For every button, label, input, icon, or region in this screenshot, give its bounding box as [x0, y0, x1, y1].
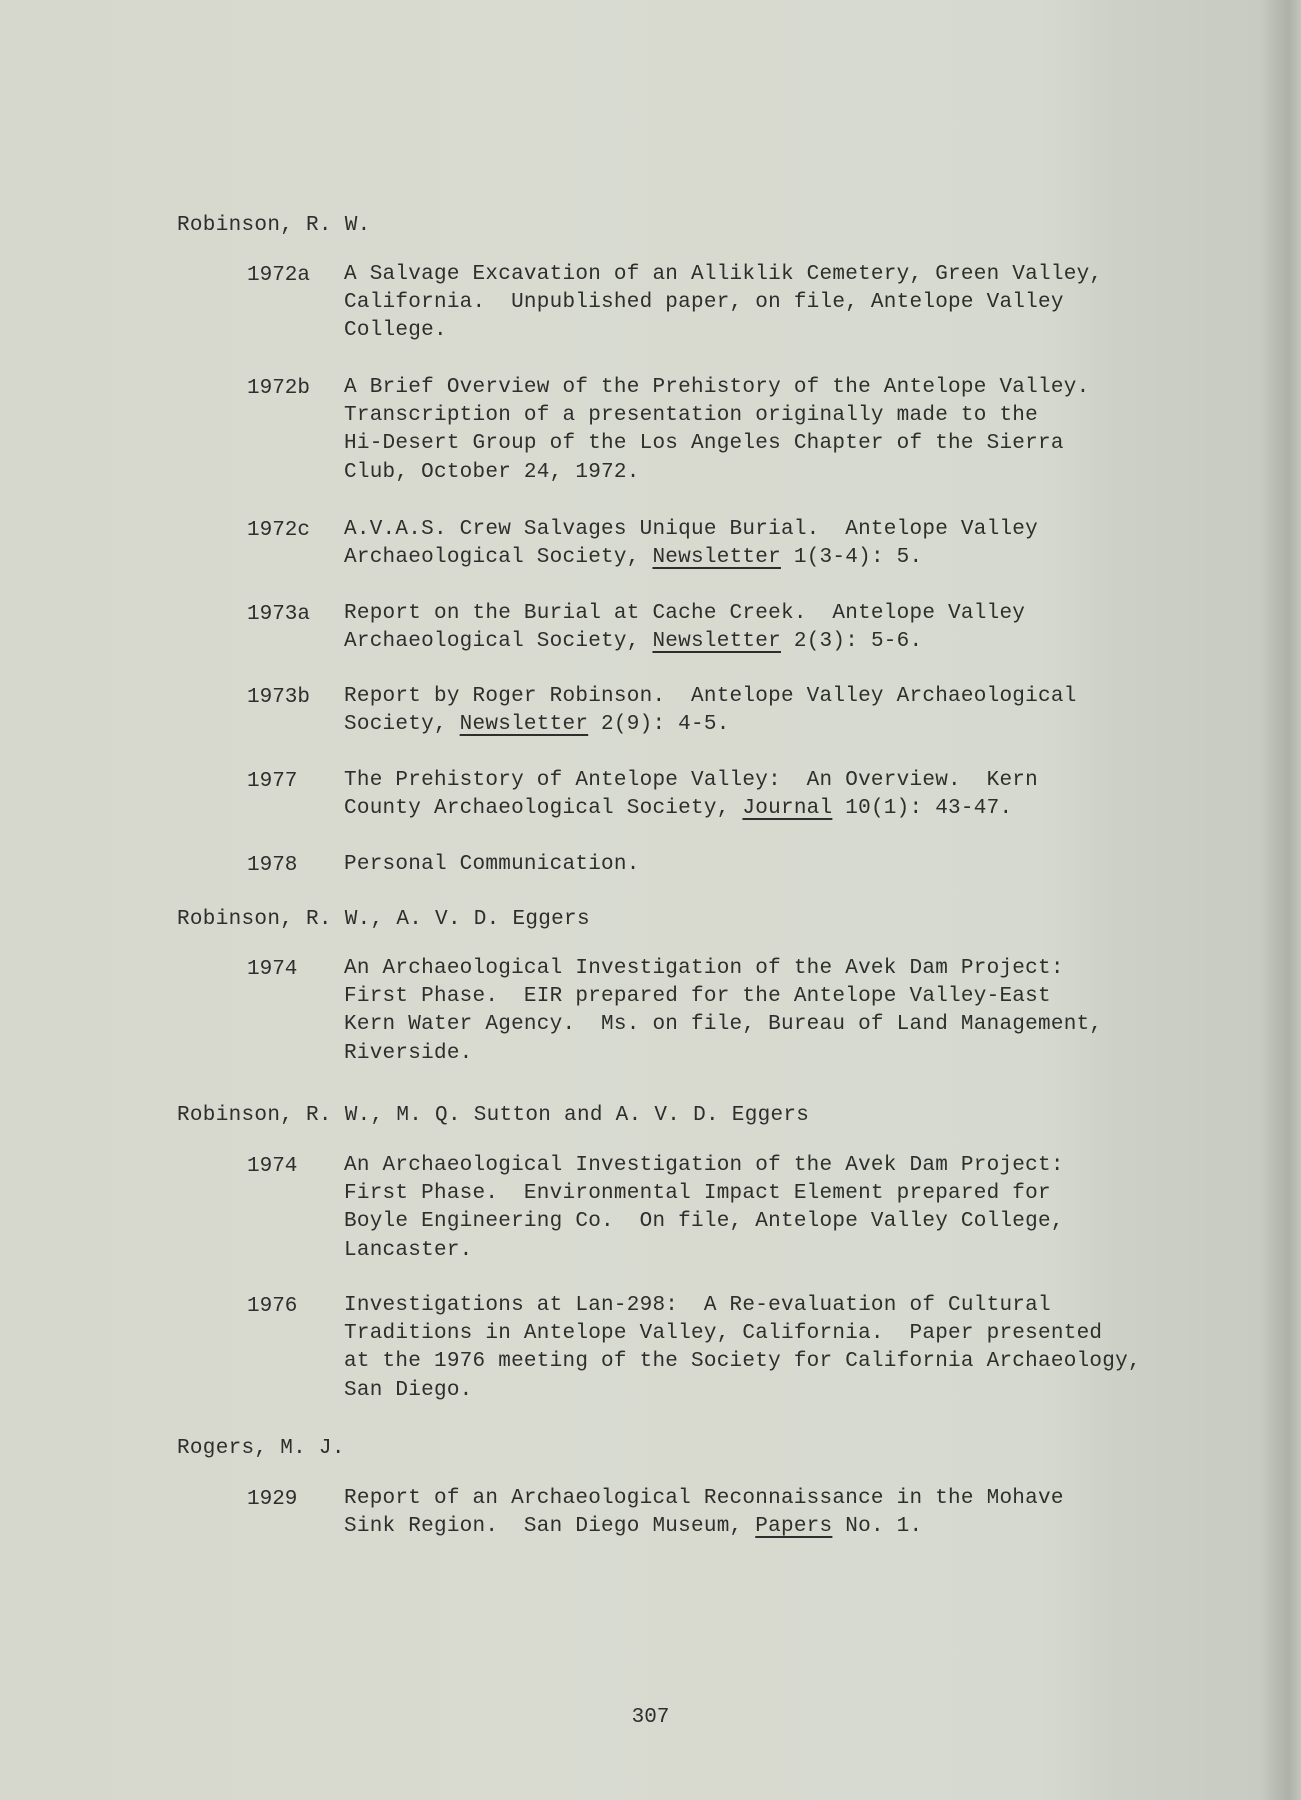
citation-text: 2(9): 4-5.: [588, 713, 729, 736]
entry-citation: Personal Communication.: [344, 851, 640, 879]
citation-text: 2(3): 5-6.: [781, 630, 922, 653]
citation-text: Transcription of a presentation original…: [344, 404, 1038, 427]
entry-citation: Report of an Archaeological Reconnaissan…: [344, 1485, 1064, 1541]
page-number: 307: [0, 1706, 1301, 1729]
citation-text: The Prehistory of Antelope Valley: An Ov…: [344, 769, 1038, 792]
citation-text: San Diego.: [344, 1379, 473, 1402]
entry-year: 1976: [247, 1295, 297, 1318]
publication-title: Papers: [755, 1515, 832, 1538]
citation-text: A Salvage Excavation of an Alliklik Ceme…: [344, 263, 1102, 286]
citation-text: Lancaster.: [344, 1239, 473, 1262]
citation-text: An Archaeological Investigation of the A…: [344, 1154, 1064, 1177]
entry-citation: A Salvage Excavation of an Alliklik Ceme…: [344, 261, 1102, 346]
citation-text: Sink Region. San Diego Museum,: [344, 1515, 755, 1538]
citation-text: Traditions in Antelope Valley, Californi…: [344, 1322, 1102, 1345]
citation-text: Kern Water Agency. Ms. on file, Bureau o…: [344, 1013, 1102, 1036]
citation-text: Club, October 24, 1972.: [344, 461, 640, 484]
entry-citation: A Brief Overview of the Prehistory of th…: [344, 374, 1089, 487]
publication-title: Newsletter: [652, 630, 781, 653]
author-heading: Robinson, R. W., M. Q. Sutton and A. V. …: [177, 1104, 809, 1127]
citation-text: No. 1.: [832, 1515, 922, 1538]
entry-year: 1972c: [247, 519, 310, 542]
citation-text: College.: [344, 319, 447, 342]
entry-year: 1929: [247, 1488, 297, 1511]
publication-title: Newsletter: [460, 713, 589, 736]
citation-text: Boyle Engineering Co. On file, Antelope …: [344, 1210, 1064, 1233]
entry-year: 1972a: [247, 264, 310, 287]
citation-text: Report on the Burial at Cache Creek. Ant…: [344, 602, 1025, 625]
citation-text: Archaeological Society,: [344, 546, 652, 569]
author-heading: Robinson, R. W.: [177, 214, 371, 237]
entry-citation: The Prehistory of Antelope Valley: An Ov…: [344, 767, 1038, 823]
citation-text: An Archaeological Investigation of the A…: [344, 957, 1064, 980]
entry-year: 1978: [247, 854, 297, 877]
citation-text: First Phase. EIR prepared for the Antelo…: [344, 985, 1051, 1008]
citation-text: County Archaeological Society,: [344, 797, 742, 820]
entry-citation: An Archaeological Investigation of the A…: [344, 1152, 1064, 1265]
page-edge-shadow: [1259, 0, 1301, 1800]
entry-citation: Report on the Burial at Cache Creek. Ant…: [344, 600, 1025, 656]
citation-text: Archaeological Society,: [344, 630, 652, 653]
citation-text: 1(3-4): 5.: [781, 546, 922, 569]
entry-year: 1973a: [247, 603, 310, 626]
entry-year: 1972b: [247, 377, 310, 400]
citation-text: 10(1): 43-47.: [832, 797, 1012, 820]
citation-text: Personal Communication.: [344, 853, 640, 876]
citation-text: Society,: [344, 713, 460, 736]
citation-text: California. Unpublished paper, on file, …: [344, 291, 1064, 314]
citation-text: A.V.A.S. Crew Salvages Unique Burial. An…: [344, 518, 1038, 541]
author-heading: Rogers, M. J.: [177, 1437, 345, 1460]
entry-year: 1974: [247, 1155, 297, 1178]
author-heading: Robinson, R. W., A. V. D. Eggers: [177, 908, 590, 931]
citation-text: Report by Roger Robinson. Antelope Valle…: [344, 685, 1077, 708]
entry-year: 1977: [247, 770, 297, 793]
entry-year: 1974: [247, 958, 297, 981]
publication-title: Journal: [742, 797, 832, 820]
entry-citation: A.V.A.S. Crew Salvages Unique Burial. An…: [344, 516, 1038, 572]
citation-text: at the 1976 meeting of the Society for C…: [344, 1350, 1141, 1373]
publication-title: Newsletter: [652, 546, 781, 569]
citation-text: Investigations at Lan-298: A Re-evaluati…: [344, 1294, 1051, 1317]
citation-text: Riverside.: [344, 1042, 473, 1065]
citation-text: A Brief Overview of the Prehistory of th…: [344, 376, 1089, 399]
citation-text: First Phase. Environmental Impact Elemen…: [344, 1182, 1051, 1205]
entry-citation: Report by Roger Robinson. Antelope Valle…: [344, 683, 1077, 739]
entry-citation: Investigations at Lan-298: A Re-evaluati…: [344, 1292, 1141, 1405]
entry-citation: An Archaeological Investigation of the A…: [344, 955, 1102, 1068]
entry-year: 1973b: [247, 686, 310, 709]
citation-text: Hi-Desert Group of the Los Angeles Chapt…: [344, 432, 1064, 455]
citation-text: Report of an Archaeological Reconnaissan…: [344, 1487, 1064, 1510]
